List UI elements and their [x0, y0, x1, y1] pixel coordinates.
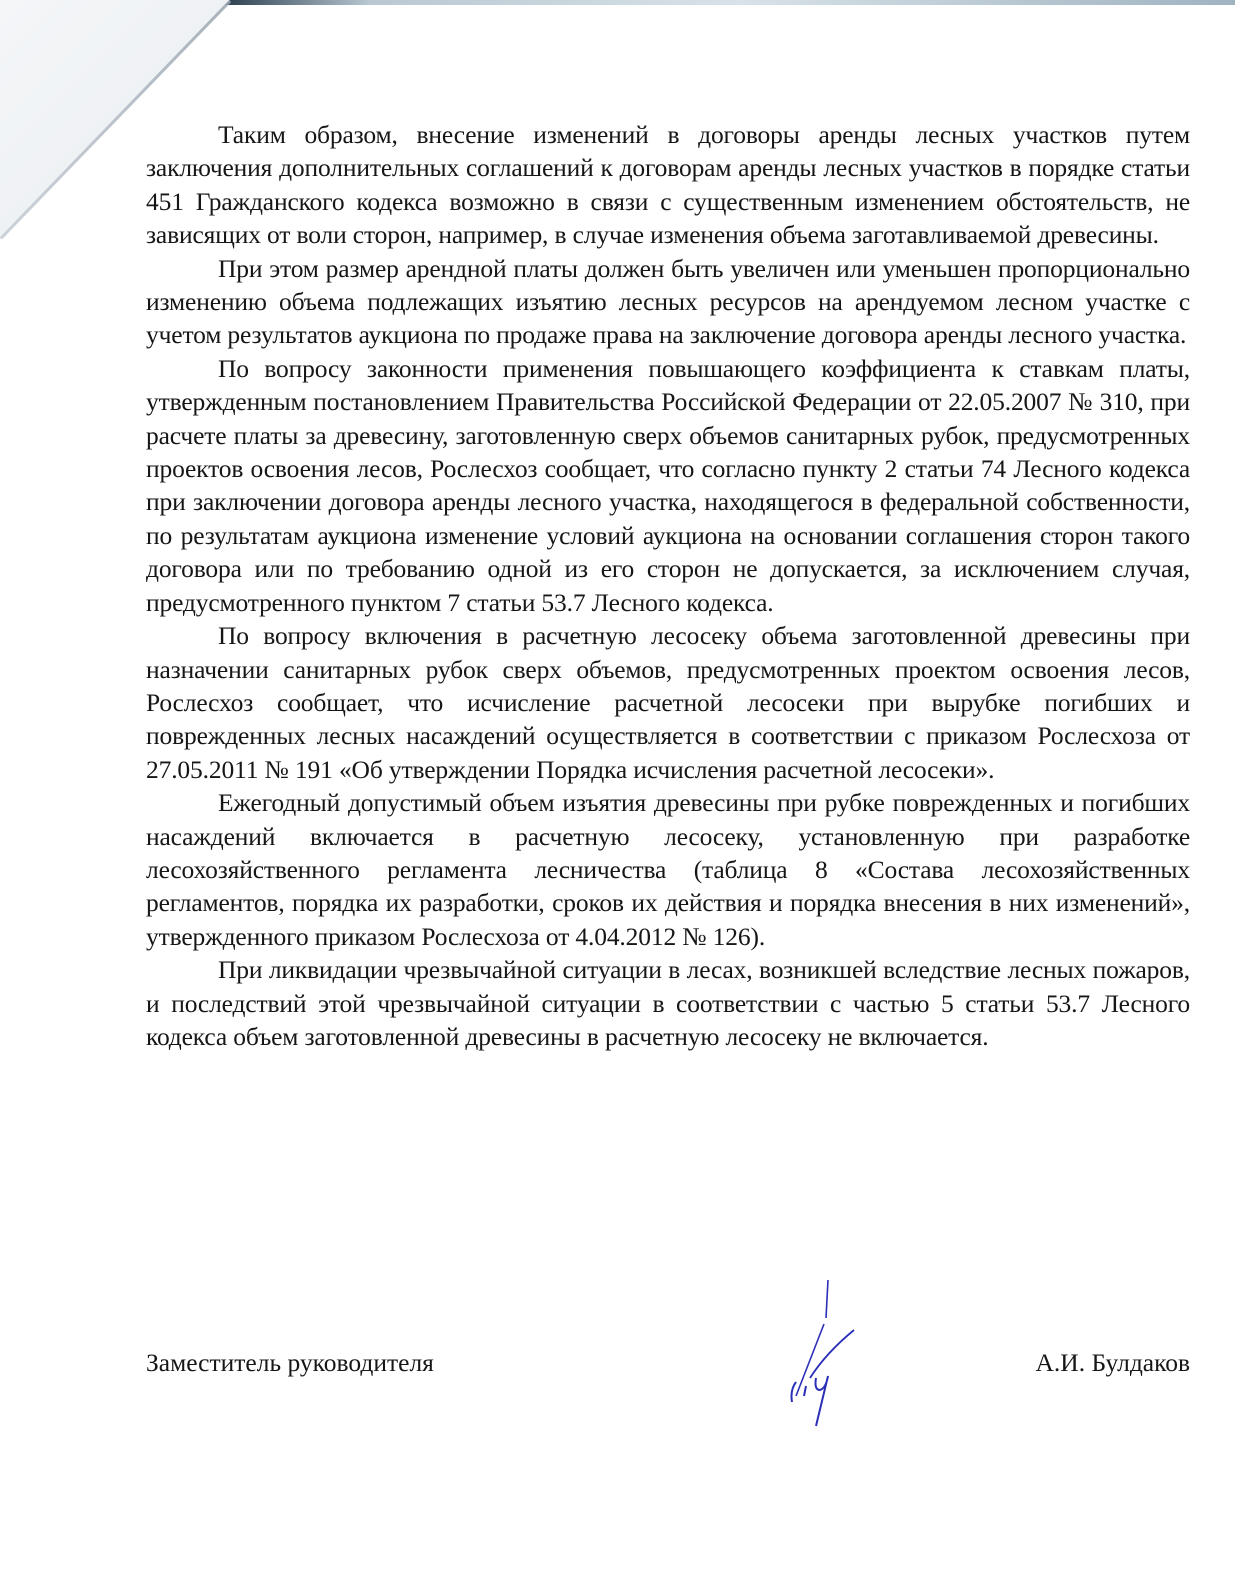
signatory-position: Заместитель руководителя: [146, 1348, 434, 1378]
letter-body: Таким образом, внесение изменений в дого…: [146, 118, 1190, 1053]
paragraph-emergency: При ликвидации чрезвычайной ситуации в л…: [146, 953, 1190, 1053]
signatory-name: А.И. Булдаков: [1036, 1348, 1191, 1378]
paragraph-allowable-cut: По вопросу включения в расчетную лесосек…: [146, 619, 1190, 786]
signature-block: Заместитель руководителя А.И. Булдаков: [146, 1348, 1190, 1388]
paragraph-annual-volume: Ежегодный допустимый объем изъятия древе…: [146, 786, 1190, 953]
handwritten-signature-icon: [766, 1278, 876, 1428]
paragraph-coefficient-legality: По вопросу законности применения повышаю…: [146, 352, 1190, 619]
paragraph-contract-amendments: Таким образом, внесение изменений в дого…: [146, 118, 1190, 252]
paragraph-rent-adjustment: При этом размер арендной платы должен бы…: [146, 252, 1190, 352]
